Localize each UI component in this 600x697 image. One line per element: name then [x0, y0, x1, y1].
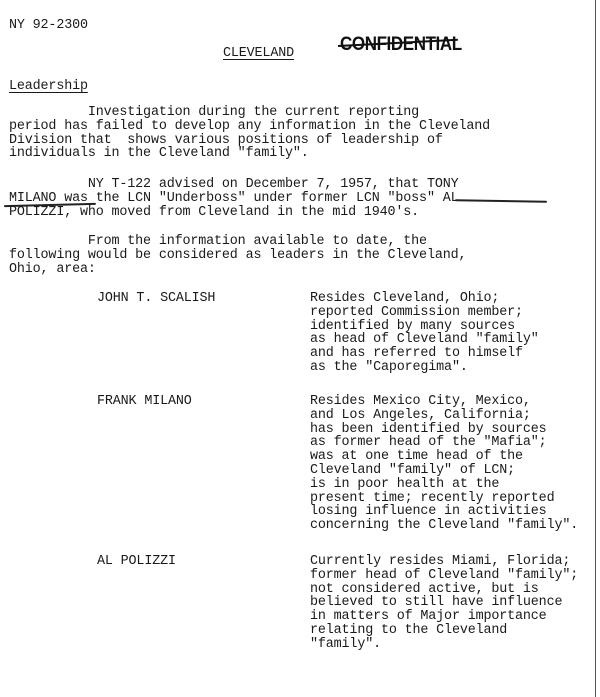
leader-description: Resides Cleveland, Ohio; reported Commis… [310, 292, 539, 375]
leader-description: Resides Mexico City, Mexico, and Los Ang… [310, 395, 578, 533]
leader-name: AL POLIZZI [97, 555, 176, 569]
paragraph-leaders-intro: From the information available to date, … [9, 235, 466, 276]
leader-name: FRANK MILANO [97, 395, 192, 409]
paragraph-investigation: Investigation during the current reporti… [9, 106, 490, 161]
handwritten-underline [455, 199, 547, 203]
file-number: NY 92-2300 [9, 19, 88, 33]
section-heading: Leadership [9, 80, 88, 94]
page-edge-rule [595, 0, 596, 697]
paragraph-informant-report: NY T-122 advised on December 7, 1957, th… [9, 178, 459, 219]
leader-name: JOHN T. SCALISH [97, 292, 215, 306]
leader-description: Currently resides Miami, Florida; former… [310, 555, 578, 652]
section-city-title: CLEVELAND [223, 47, 294, 61]
